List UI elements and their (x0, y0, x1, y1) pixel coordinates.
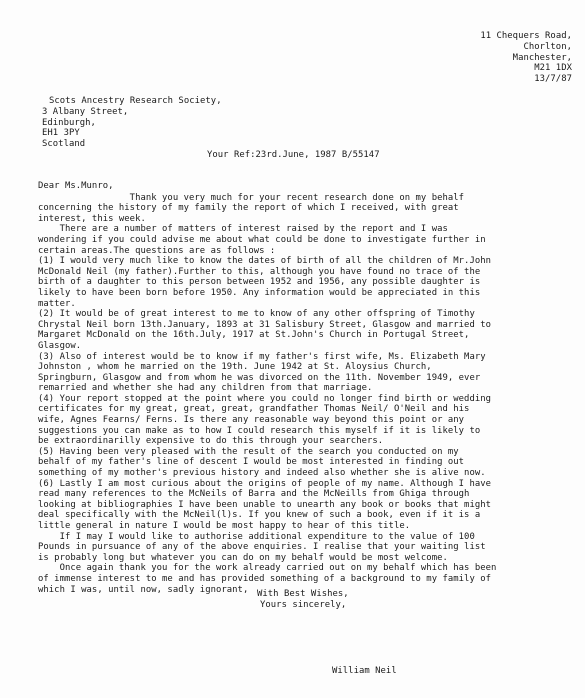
recipient-address-line: Scots Ancestry Research Society, (42, 96, 222, 107)
body-line: little general in nature I would be most… (38, 521, 583, 532)
sender-address-line: 11 Chequers Road, (480, 31, 572, 42)
body-line: If I may I would like to authorise addit… (38, 532, 583, 543)
body-line: read many references to the McNeils of B… (38, 489, 583, 500)
signature-name: William Neil (332, 666, 397, 677)
body-line: suggestions you can make as to how I cou… (38, 426, 583, 437)
body-line: wife, Agnes Fearns/ Ferns. Is there any … (38, 415, 583, 426)
body-line: (5) Having been very pleased with the re… (38, 447, 583, 458)
body-line: looking at bibliographies I have been un… (38, 500, 583, 511)
sender-address-line: Chorlton, (480, 42, 572, 53)
body-line: something of my mother's previous histor… (38, 468, 583, 479)
body-line: Glasgow. (38, 341, 583, 352)
sender-address: 11 Chequers Road, Chorlton, Manchester, … (480, 31, 572, 85)
recipient-address-line: 3 Albany Street, (42, 107, 222, 118)
body-line: Margaret McDonald on the 16th.July, 1917… (38, 330, 583, 341)
body-line: (3) Also of interest would be to know if… (38, 352, 583, 363)
body-line: be extraordinarilly expensive to do this… (38, 436, 583, 447)
body-line: remarried and whether she had any childr… (38, 383, 583, 394)
recipient-address-line: Scotland (42, 139, 222, 150)
letter-date: 13/7/87 (480, 74, 572, 85)
body-line: likely to have been born before 1950. An… (38, 288, 583, 299)
body-line: Once again thank you for the work alread… (38, 563, 583, 574)
closing: With Best Wishes, Yours sincerely, (257, 589, 349, 611)
body-line: concerning the history of my family the … (38, 203, 583, 214)
recipient-address: Scots Ancestry Research Society, 3 Alban… (42, 96, 222, 150)
body-line: wondering if you could advise me about w… (38, 235, 583, 246)
body-line: matter. (38, 299, 583, 310)
body-paragraphs: Thank you very much for your recent rese… (38, 193, 583, 596)
body-line: (1) I would very much like to know the d… (38, 256, 583, 267)
body-line: McDonald Neil (my father).Further to thi… (38, 267, 583, 278)
salutation: Dear Ms.Munro, (38, 181, 583, 192)
body-line: interest, this week. (38, 214, 583, 225)
body-line: Johnston , whom he married on the 19th. … (38, 362, 583, 373)
sender-address-line: Manchester, (480, 53, 572, 64)
body-line: (4) Your report stopped at the point whe… (38, 394, 583, 405)
letter-body: Dear Ms.Munro, Thank you very much for y… (38, 181, 583, 595)
body-line: Pounds in pursuance of any of the above … (38, 542, 583, 553)
recipient-address-line: Edinburgh, (42, 118, 222, 129)
closing-wishes: With Best Wishes, (257, 589, 349, 600)
body-line: Springburn, Glasgow and from whom he was… (38, 373, 583, 384)
body-line: (6) Lastly I am most curious about the o… (38, 479, 583, 490)
body-line: Chrystal Neil born 13th.January, 1893 at… (38, 320, 583, 331)
body-line: (2) It would be of great interest to me … (38, 309, 583, 320)
body-line: is probably long but whatever you can do… (38, 553, 583, 564)
body-line: behalf of my father's line of descent I … (38, 457, 583, 468)
reference-line: Your Ref:23rd.June, 1987 B/55147 (207, 150, 380, 161)
sender-address-line: M21 1DX (480, 63, 572, 74)
body-line: deal specifically with the McNeil(l)s. I… (38, 510, 583, 521)
letter-page: 11 Chequers Road, Chorlton, Manchester, … (0, 0, 585, 698)
closing-sincerely: Yours sincerely, (257, 600, 349, 611)
body-line: birth of a daughter to this person betwe… (38, 277, 583, 288)
body-line: certificates for my great, great, great,… (38, 404, 583, 415)
body-line: Thank you very much for your recent rese… (38, 193, 583, 204)
body-line: certain areas.The questions are as follo… (38, 246, 583, 257)
body-line: of immense interest to me and has provid… (38, 574, 583, 585)
body-line: There are a number of matters of interes… (38, 224, 583, 235)
recipient-address-line: EH1 3PY (42, 128, 222, 139)
